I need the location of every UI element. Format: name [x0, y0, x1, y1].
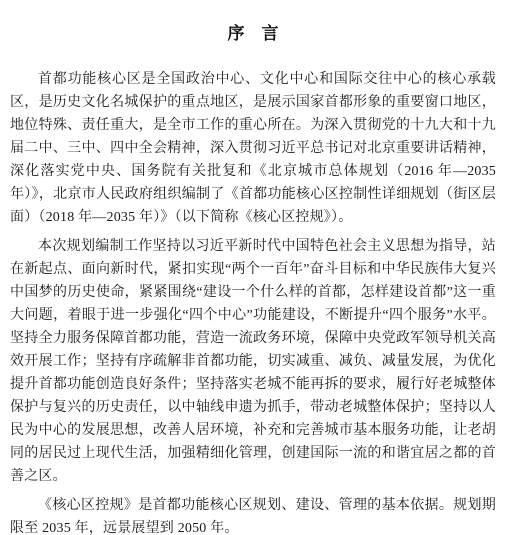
paragraph-guiding-principles: 本次规划编制工作坚持以习近平新时代中国特色社会主义思想为指导，站在新起点、面向新… — [10, 235, 496, 488]
document-page: 序 言 首都功能核心区是全国政治中心、文化中心和国际交往中心的核心承载区，是历史… — [0, 0, 506, 535]
page-title: 序 言 — [10, 24, 496, 44]
paragraph-intro: 首都功能核心区是全国政治中心、文化中心和国际交往中心的核心承载区，是历史文化名城… — [10, 68, 496, 229]
paragraph-planning-period: 《核心区控规》是首都功能核心区规划、建设、管理的基本依据。规划期限至 2035 … — [10, 494, 496, 535]
